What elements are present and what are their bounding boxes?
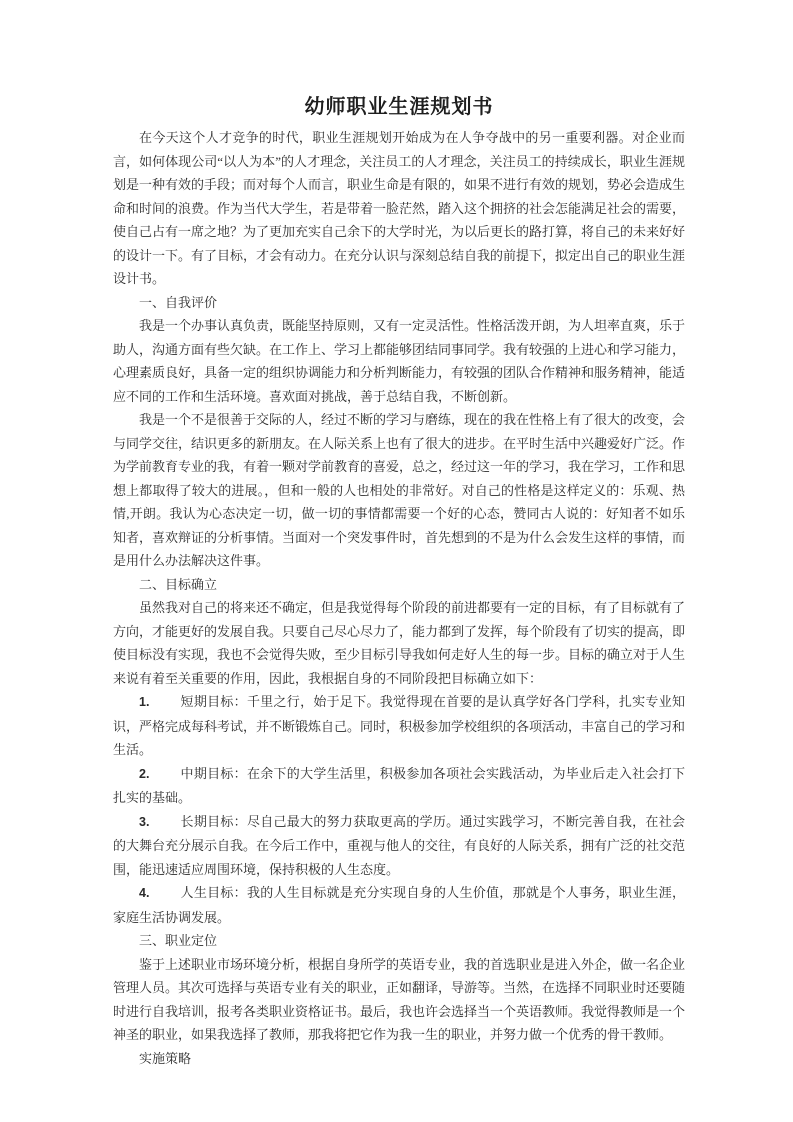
section-heading-goal-setting: 二、目标确立 [113, 573, 685, 597]
list-item: 1.短期目标：千里之行，始于足下。我觉得现在首要的是认真学好各门学科，扎实专业知… [113, 690, 685, 762]
section-heading-self-evaluation: 一、自我评价 [113, 291, 685, 315]
paragraph: 我是一个办事认真负责，既能坚持原则，又有一定灵活性。性格活泼开朗，为人坦率直爽，… [113, 314, 685, 408]
list-item: 3.长期目标：尽自己最大的努力获取更高的学历。通过实践学习，不断完善自我，在社会… [113, 810, 685, 882]
list-text: 长期目标：尽自己最大的努力获取更高的学历。通过实践学习，不断完善自我，在社会的大… [113, 814, 685, 877]
paragraph: 虽然我对自己的将来还不确定，但是我觉得每个阶段的前进都要有一定的目标，有了目标就… [113, 596, 685, 690]
list-text: 人生目标：我的人生目标就是充分实现自身的人生价值，那就是个人事务，职业生涯，家庭… [113, 885, 685, 925]
list-number: 2. [139, 763, 180, 787]
paragraph: 在今天这个人才竞争的时代，职业生涯规划开始成为在人争夺战中的另一重要利器。对企业… [113, 126, 685, 291]
document-body: 在今天这个人才竞争的时代，职业生涯规划开始成为在人争夺战中的另一重要利器。对企业… [113, 126, 685, 1070]
paragraph: 鉴于上述职业市场环境分析，根据自身所学的英语专业，我的首选职业是进入外企，做一名… [113, 953, 685, 1047]
paragraph-implementation-strategy: 实施策略 [113, 1047, 685, 1071]
list-item: 4.人生目标：我的人生目标就是充分实现自身的人生价值，那就是个人事务，职业生涯，… [113, 881, 685, 929]
list-number: 3. [139, 811, 180, 835]
section-heading-career-positioning: 三、职业定位 [113, 929, 685, 953]
list-item: 2.中期目标：在余下的大学生活里，积极参加各项社会实践活动，为毕业后走入社会打下… [113, 762, 685, 810]
paragraph: 我是一个不是很善于交际的人，经过不断的学习与磨练，现在的我在性格上有了很大的改变… [113, 408, 685, 573]
list-number: 1. [139, 691, 180, 715]
document-page: 幼师职业生涯规划书 在今天这个人才竞争的时代，职业生涯规划开始成为在人争夺战中的… [0, 0, 793, 1122]
list-text: 短期目标：千里之行，始于足下。我觉得现在首要的是认真学好各门学科，扎实专业知识，… [113, 694, 685, 757]
document-title: 幼师职业生涯规划书 [113, 93, 685, 121]
list-number: 4. [139, 882, 180, 906]
list-text: 中期目标：在余下的大学生活里，积极参加各项社会实践活动，为毕业后走入社会打下扎实… [113, 766, 685, 806]
